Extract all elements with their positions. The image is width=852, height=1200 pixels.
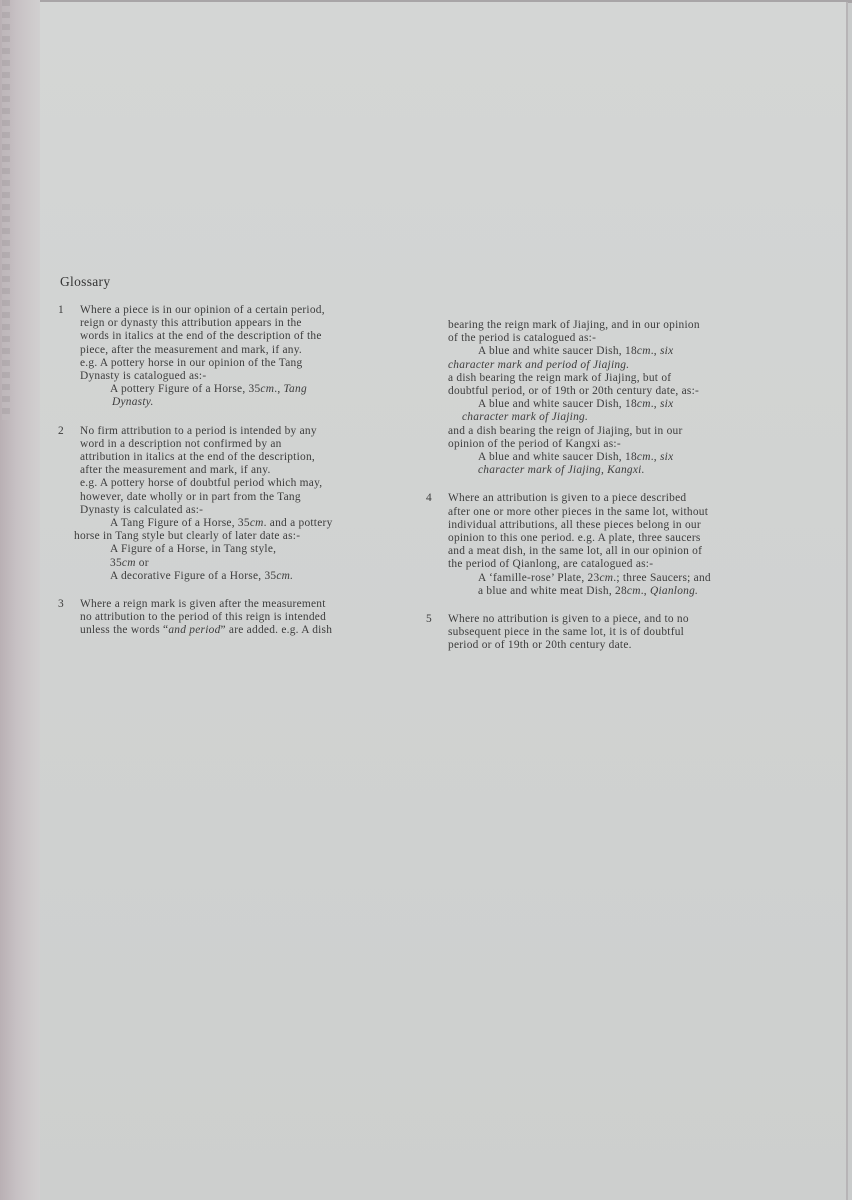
item-line: Where no attribution is given to a piece… xyxy=(448,613,772,626)
item-line: e.g. A pottery horse of doubtful period … xyxy=(80,477,402,490)
glossary-item-3-continued: bearing the reign mark of Jiajing, and i… xyxy=(420,319,772,477)
item-line: after the measurement and mark, if any. xyxy=(80,464,402,477)
item-line: however, date wholly or in part from the… xyxy=(80,491,402,504)
item-number: 3 xyxy=(58,598,64,611)
item-line: subsequent piece in the same lot, it is … xyxy=(448,626,772,639)
item-line: the period of Qianlong, are catalogued a… xyxy=(448,558,772,571)
item-line: opinion of the period of Kangxi as:- xyxy=(448,438,772,451)
item-line: individual attributions, all these piece… xyxy=(448,519,772,532)
item-line: Where a piece is in our opinion of a cer… xyxy=(80,304,402,317)
item-line: word in a description not confirmed by a… xyxy=(80,438,402,451)
example-line: A pottery Figure of a Horse, 35cm., Tang xyxy=(80,383,402,396)
item-number: 5 xyxy=(426,613,432,626)
item-line: doubtful period, or of 19th or 20th cent… xyxy=(448,385,772,398)
item-line: bearing the reign mark of Jiajing, and i… xyxy=(448,319,772,332)
item-number: 4 xyxy=(426,492,432,505)
glossary-item-2: 2 No firm attribution to a period is int… xyxy=(52,425,402,583)
example-attribution: character mark of Jiajing, Kangxi. xyxy=(448,464,772,477)
example-line: A Tang Figure of a Horse, 35cm. and a po… xyxy=(80,517,402,530)
item-line: opinion to this one period. e.g. A plate… xyxy=(448,532,772,545)
example-line: A Figure of a Horse, in Tang style, xyxy=(80,543,402,556)
item-line: piece, after the measurement and mark, i… xyxy=(80,344,402,357)
item-line: unless the words “and period” are added.… xyxy=(80,624,402,637)
item-number: 1 xyxy=(58,304,64,317)
item-line: no attribution to the period of this rei… xyxy=(80,611,402,624)
example-line: 35cm or xyxy=(80,557,402,570)
item-line: reign or dynasty this attribution appear… xyxy=(80,317,402,330)
item-line: attribution in italics at the end of the… xyxy=(80,451,402,464)
item-number: 2 xyxy=(58,425,64,438)
item-line: words in italics at the end of the descr… xyxy=(80,330,402,343)
item-line: Where an attribution is given to a piece… xyxy=(448,492,772,505)
left-column: 1 Where a piece is in our opinion of a c… xyxy=(52,304,402,653)
right-column: bearing the reign mark of Jiajing, and i… xyxy=(420,319,772,668)
example-attribution: character mark of Jiajing. xyxy=(448,411,772,424)
item-line: and a dish bearing the reign of Jiajing,… xyxy=(448,425,772,438)
example-line: A blue and white saucer Dish, 18cm., six xyxy=(448,398,772,411)
example-line: A blue and white saucer Dish, 18cm., six xyxy=(448,345,772,358)
item-line: No firm attribution to a period is inten… xyxy=(80,425,402,438)
item-line: a dish bearing the reign mark of Jiajing… xyxy=(448,372,772,385)
example-line: A blue and white saucer Dish, 18cm., six xyxy=(448,451,772,464)
glossary-item-5: 5 Where no attribution is given to a pie… xyxy=(420,613,772,653)
glossary-item-1: 1 Where a piece is in our opinion of a c… xyxy=(52,304,402,410)
example-line: A decorative Figure of a Horse, 35cm. xyxy=(80,570,402,583)
item-line: and a meat dish, in the same lot, all in… xyxy=(448,545,772,558)
example-line: A ‘famille-rose’ Plate, 23cm.; three Sau… xyxy=(448,572,772,585)
item-line: horse in Tang style but clearly of later… xyxy=(74,530,402,543)
item-line: period or of 19th or 20th century date. xyxy=(448,639,772,652)
glossary-item-4: 4 Where an attribution is given to a pie… xyxy=(420,492,772,598)
page-title: Glossary xyxy=(60,274,110,290)
item-line: Dynasty is catalogued as:- xyxy=(80,370,402,383)
item-line: after one or more other pieces in the sa… xyxy=(448,506,772,519)
item-line: Dynasty is calculated as:- xyxy=(80,504,402,517)
example-attribution: Dynasty. xyxy=(80,396,402,409)
example-line: a blue and white meat Dish, 28cm., Qianl… xyxy=(448,585,772,598)
item-line: Where a reign mark is given after the me… xyxy=(80,598,402,611)
glossary-item-3: 3 Where a reign mark is given after the … xyxy=(52,598,402,638)
item-line: of the period is catalogued as:- xyxy=(448,332,772,345)
item-line: e.g. A pottery horse in our opinion of t… xyxy=(80,357,402,370)
example-attribution: character mark and period of Jiajing. xyxy=(448,359,772,372)
